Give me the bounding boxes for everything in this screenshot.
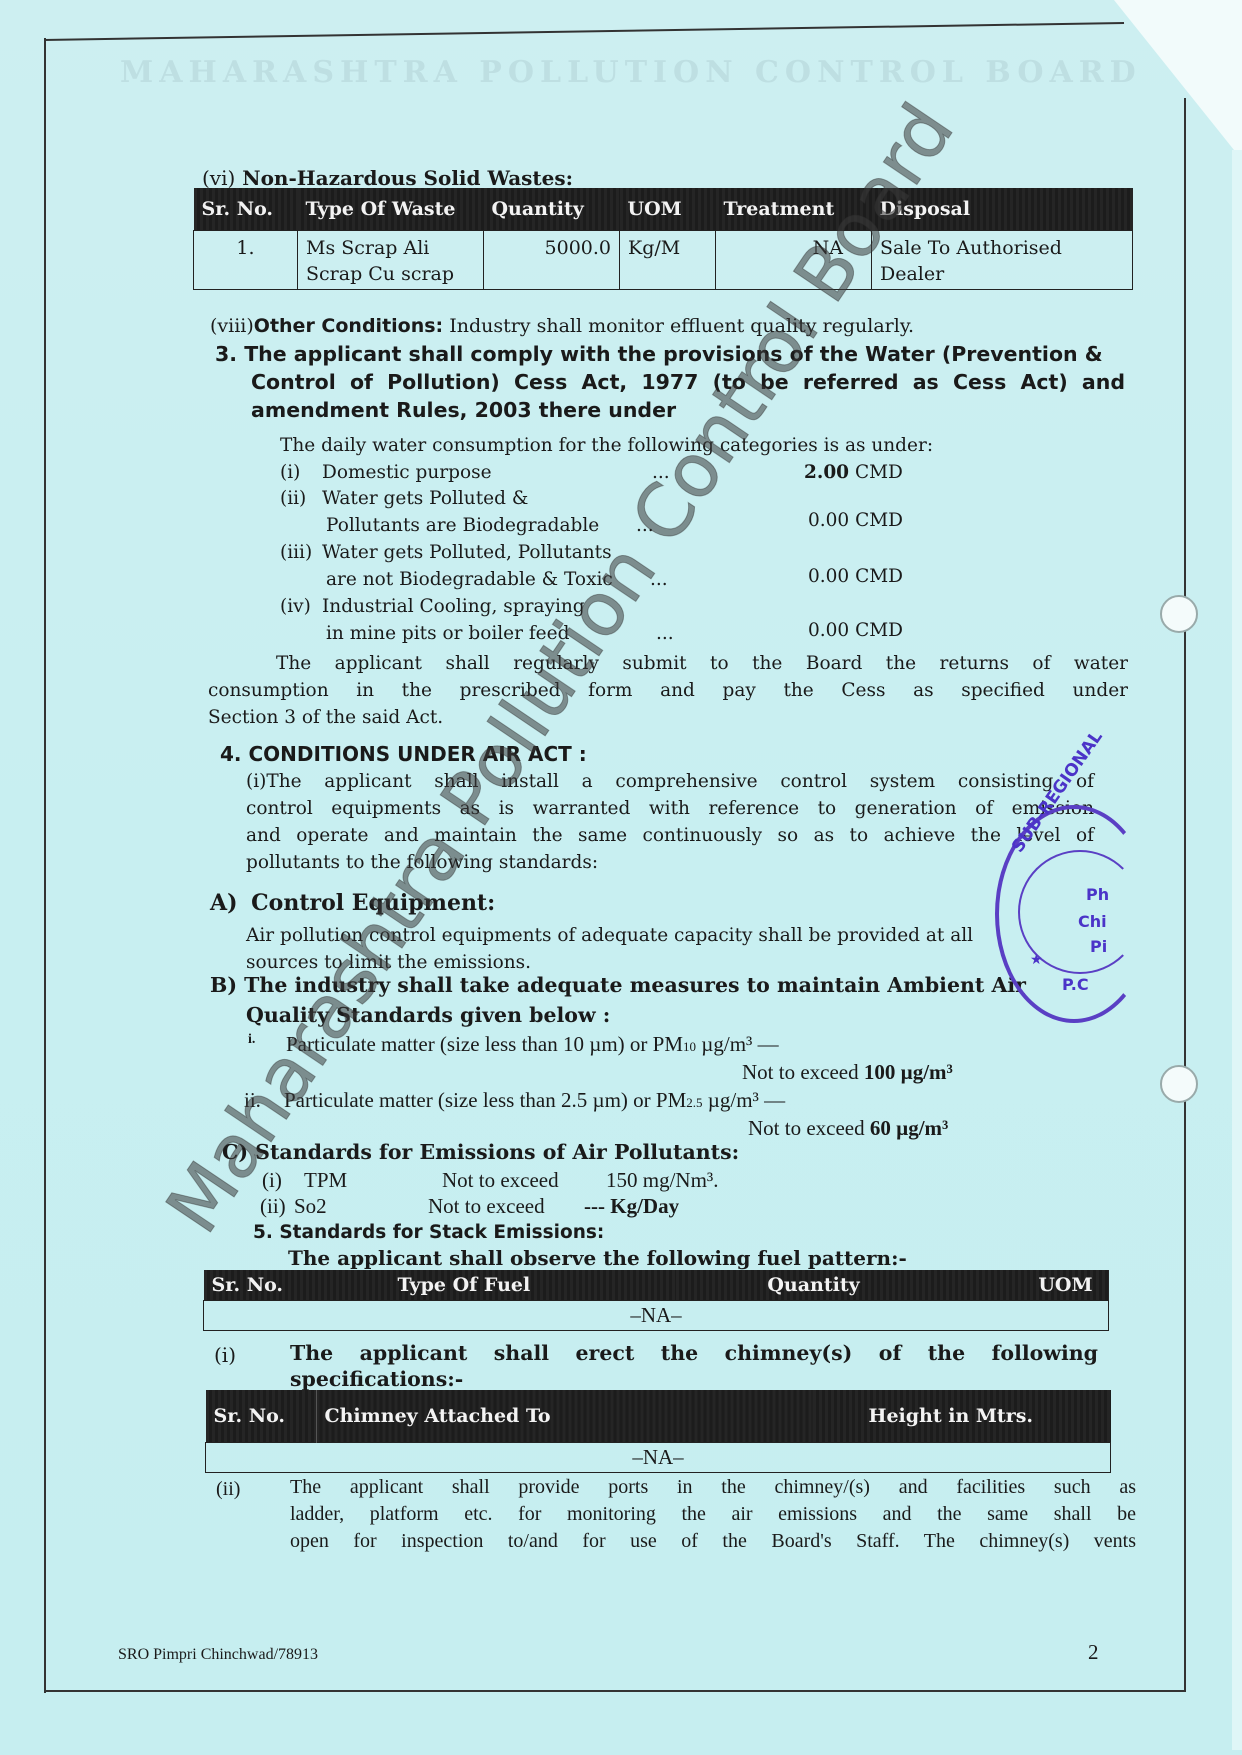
fuel-pattern-intro: The applicant shall observe the followin… — [288, 1246, 907, 1270]
ambient-air-heading: B) The industry shall take adequate meas… — [210, 970, 1026, 1030]
column-header: Sr. No. — [206, 1390, 317, 1443]
column-header: UOM — [952, 1270, 1109, 1301]
table-row: –NA– — [204, 1301, 1109, 1331]
column-header: Type Of Waste — [298, 188, 484, 231]
section-5-heading: 5. Standards for Stack Emissions: — [253, 1222, 604, 1243]
list-item: (iii) Water gets Polluted, Pollutants ar… — [280, 542, 980, 596]
column-header: Sr. No. — [204, 1270, 390, 1301]
cess-returns-paragraph: The applicant shall regularly submit to … — [208, 650, 1128, 731]
chimney-ports-text: The applicant shall provide ports in the… — [290, 1474, 1136, 1555]
control-equipment-text: Air pollution control equipments of adeq… — [246, 922, 973, 976]
ambient-air-standards: i. Particulate matter (size less than 10… — [244, 1032, 1094, 1144]
list-item: (i) Domestic purpose ... 2.00 CMD — [280, 462, 980, 488]
column-header: Treatment — [716, 188, 872, 231]
stamp-text: P.C — [1062, 975, 1089, 994]
ports-item-number: (ii) — [216, 1478, 240, 1501]
list-item: (ii) Water gets Polluted & Pollutants ar… — [280, 488, 980, 542]
cell-disposal: Sale To Authorised Dealer — [872, 231, 1133, 290]
empty-row-na: –NA– — [204, 1301, 1109, 1331]
section-3-heading: 3. The applicant shall comply with the p… — [215, 342, 1125, 422]
column-header: Sr. No. — [194, 188, 298, 231]
control-equipment-heading: A) Control Equipment: — [210, 890, 495, 916]
column-header: UOM — [620, 188, 716, 231]
table-header-row: Sr. No. Type Of Fuel Quantity UOM — [204, 1270, 1109, 1301]
section-4-heading: 4. CONDITIONS UNDER AIR ACT : — [220, 742, 587, 766]
cell-treatment: NA — [716, 231, 872, 290]
table-row: –NA– — [206, 1443, 1111, 1473]
air-act-intro: (i)The applicant shall install a compreh… — [246, 768, 1094, 876]
stamp-star-icon: ★ — [1030, 952, 1043, 968]
chimney-specifications-text: The applicant shall erect the chimney(s)… — [290, 1340, 1098, 1392]
cell-uom: Kg/M — [620, 231, 716, 290]
column-header: Quantity — [676, 1270, 952, 1301]
other-conditions: (viii)Other Conditions: Industry shall m… — [210, 315, 914, 337]
column-header: Disposal — [872, 188, 1133, 231]
stamp-text: Ph — [1086, 885, 1109, 904]
column-header: Height in Mtrs. — [813, 1390, 1111, 1443]
chimney-table: Sr. No. Chimney Attached To Height in Mt… — [205, 1390, 1111, 1473]
cell-quantity: 5000.0 — [484, 231, 620, 290]
list-item: i. Particulate matter (size less than 10… — [244, 1032, 1094, 1088]
list-item: (ii) So2 Not to exceed --- Kg/Day — [262, 1194, 862, 1220]
table-header-row: Sr. No. Chimney Attached To Height in Mt… — [206, 1390, 1111, 1443]
air-pollutant-standards: (i) TPM Not to exceed 150 mg/Nm³. (ii) S… — [262, 1168, 862, 1220]
list-item: ii. Particulate matter (size less than 2… — [244, 1088, 1094, 1144]
page-number: 2 — [1088, 1640, 1099, 1665]
table-header-row: Sr. No. Type Of Waste Quantity UOM Treat… — [194, 188, 1133, 231]
document-page: (vi) Non-Hazardous Solid Wastes: Sr. No.… — [0, 0, 1242, 1755]
list-item: (iv) Industrial Cooling, spraying in min… — [280, 596, 980, 650]
chimney-item-number: (i) — [214, 1343, 236, 1367]
column-header: Quantity — [484, 188, 620, 231]
air-pollutant-standards-heading: C) Standards for Emissions of Air Pollut… — [222, 1140, 739, 1164]
list-item: (i) TPM Not to exceed 150 mg/Nm³. — [262, 1168, 862, 1194]
document-reference: SRO Pimpri Chinchwad/78913 — [118, 1646, 318, 1664]
cell-waste-type: Ms Scrap Ali Scrap Cu scrap — [298, 231, 484, 290]
solid-waste-table: Sr. No. Type Of Waste Quantity UOM Treat… — [193, 188, 1133, 290]
stamp-text: Pi — [1090, 937, 1107, 956]
fuel-pattern-table: Sr. No. Type Of Fuel Quantity UOM –NA– — [203, 1270, 1109, 1331]
column-header: Chimney Attached To — [316, 1390, 813, 1443]
water-consumption-list: (i) Domestic purpose ... 2.00 CMD (ii) W… — [280, 462, 980, 650]
column-header: Type Of Fuel — [390, 1270, 676, 1301]
solid-waste-title: (vi) Non-Hazardous Solid Wastes: — [202, 166, 573, 190]
cell-sr-no: 1. — [194, 231, 298, 290]
empty-row-na: –NA– — [206, 1443, 1111, 1473]
water-consumption-intro: The daily water consumption for the foll… — [280, 435, 933, 456]
stamp-text: Chi — [1078, 912, 1107, 931]
table-row: 1. Ms Scrap Ali Scrap Cu scrap 5000.0 Kg… — [194, 231, 1133, 290]
